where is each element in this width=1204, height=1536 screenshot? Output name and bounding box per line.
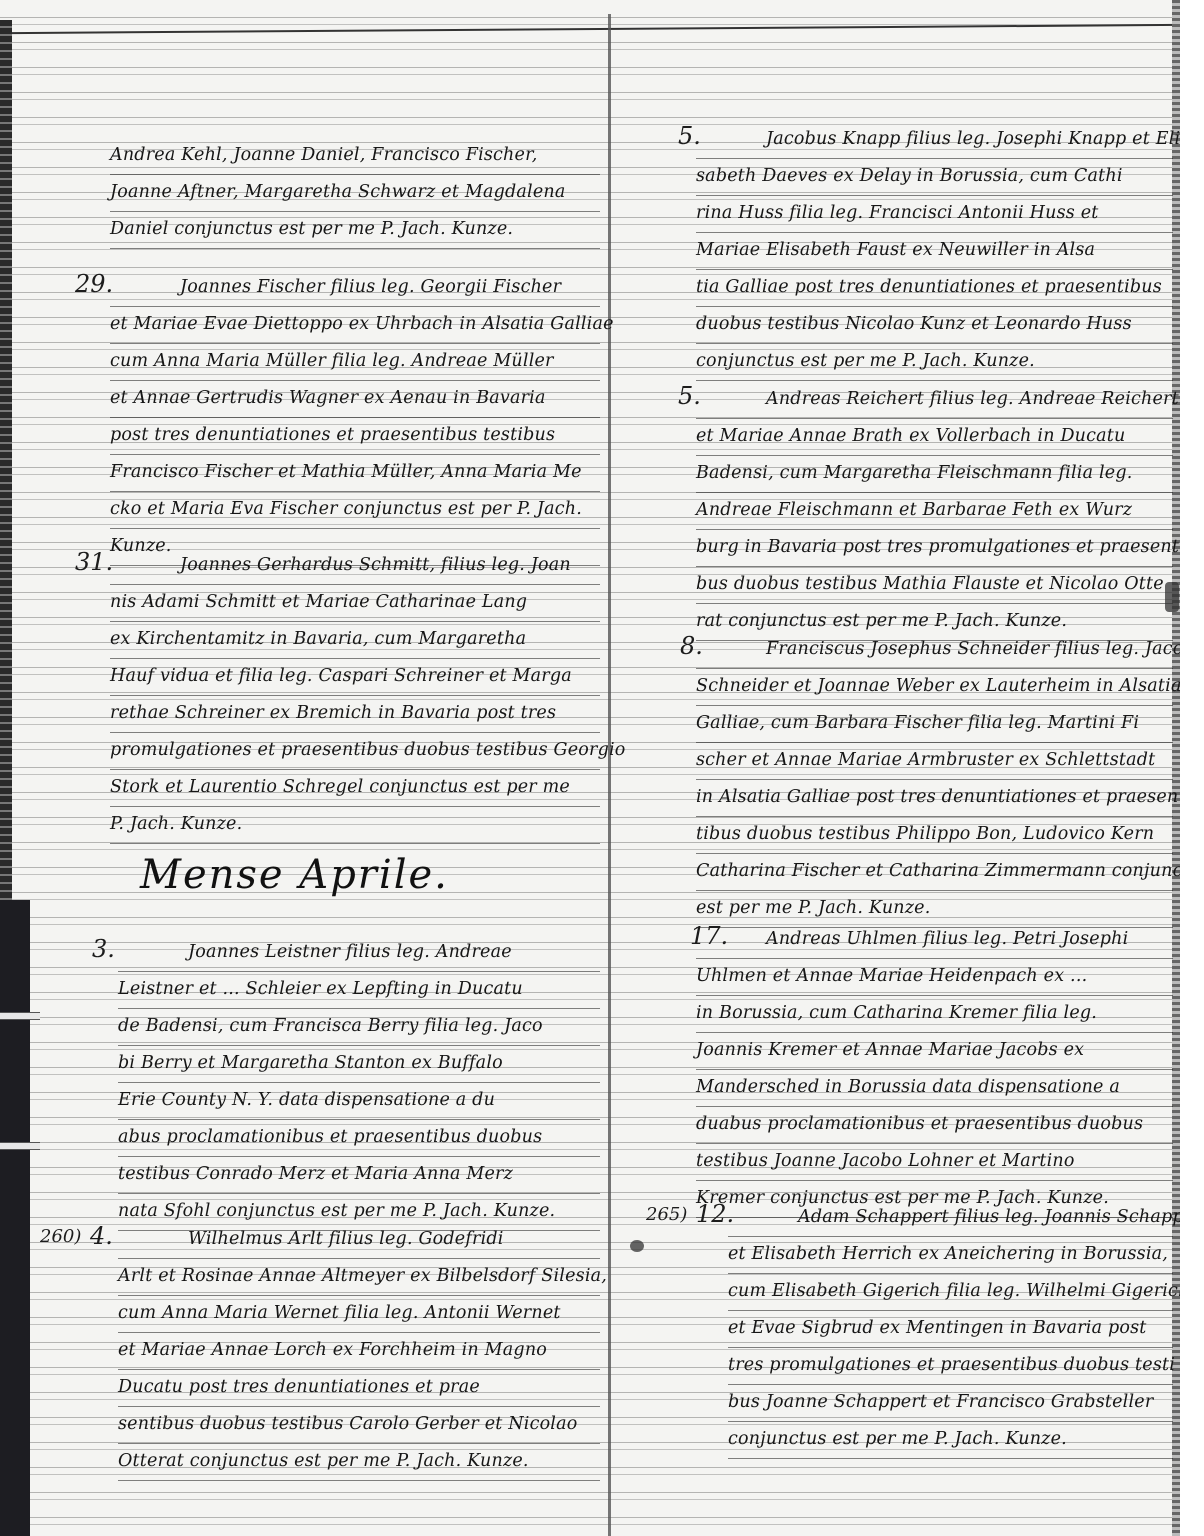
ink-blot — [630, 1240, 644, 1252]
entry-line: cum Anna Maria Wernet filia leg. Antonii… — [118, 1296, 600, 1333]
entry-line: duabus proclamationibus et praesentibus … — [696, 1107, 1173, 1144]
entry-line: Joannis Kremer et Annae Mariae Jacobs ex — [696, 1033, 1173, 1070]
entry-line: Joanne Aftner, Margaretha Schwarz et Mag… — [110, 175, 600, 212]
entry-line: sentibus duobus testibus Carolo Gerber e… — [118, 1407, 600, 1444]
entry-line: conjunctus est per me P. Jach. Kunze. — [696, 344, 1173, 381]
entry-line: abus proclamationibus et praesentibus du… — [118, 1120, 600, 1157]
entry-line: et Annae Gertrudis Wagner ex Aenau in Ba… — [110, 381, 600, 418]
entry-line: Erie County N. Y. data dispensatione a d… — [118, 1083, 600, 1120]
binding-tab — [0, 1012, 40, 1020]
entry-line: Catharina Fischer et Catharina Zimmerman… — [696, 854, 1173, 891]
entry-line: duobus testibus Nicolao Kunz et Leonardo… — [696, 307, 1173, 344]
month-heading: Mense Aprile. — [140, 852, 449, 898]
entry-line: Francisco Fischer et Mathia Müller, Anna… — [110, 455, 600, 492]
entry-line: testibus Joanne Jacobo Lohner et Martino — [696, 1144, 1173, 1181]
entry-line: Leistner et ... Schleier ex Lepfting in … — [118, 972, 600, 1009]
entry-line: tres promulgationes et praesentibus duob… — [728, 1348, 1173, 1385]
ink-blot — [1165, 582, 1179, 612]
binding-tab — [0, 1142, 40, 1150]
entry-line: in Borussia, cum Catharina Kremer filia … — [696, 996, 1173, 1033]
entry-line: rethae Schreiner ex Bremich in Bavaria p… — [110, 696, 600, 733]
entry-line: cum Anna Maria Müller filia leg. Andreae… — [110, 344, 600, 381]
entry-line: Andreas Reichert filius leg. Andreae Rei… — [696, 382, 1173, 419]
entry-line: bi Berry et Margaretha Stanton ex Buffal… — [118, 1046, 600, 1083]
page-right-edge — [1172, 0, 1180, 1536]
entry-line: et Elisabeth Herrich ex Aneichering in B… — [728, 1237, 1173, 1274]
entry-line: Uhlmen et Annae Mariae Heidenpach ex ... — [696, 959, 1173, 996]
column-divider — [608, 14, 611, 1536]
binding-shadow — [0, 900, 30, 1536]
entry-line: post tres denuntiationes et praesentibus… — [110, 418, 600, 455]
entry-line: Wilhelmus Arlt filius leg. Godefridi — [118, 1222, 600, 1259]
entry-line: Galliae, cum Barbara Fischer filia leg. … — [696, 706, 1173, 743]
entry-line: ex Kirchentamitz in Bavaria, cum Margare… — [110, 622, 600, 659]
entry-line: Daniel conjunctus est per me P. Jach. Ku… — [110, 212, 600, 249]
entry-line: cum Elisabeth Gigerich filia leg. Wilhel… — [728, 1274, 1173, 1311]
entry-line: Otterat conjunctus est per me P. Jach. K… — [118, 1444, 600, 1481]
entry-line: promulgationes et praesentibus duobus te… — [110, 733, 600, 770]
entry-line: Franciscus Josephus Schneider filius leg… — [696, 632, 1173, 669]
register-page: Andrea Kehl, Joanne Daniel, Francisco Fi… — [0, 0, 1180, 1536]
entry-number: 4. — [90, 1222, 113, 1250]
entry-number: 31. — [75, 548, 113, 576]
entry-line: Andrea Kehl, Joanne Daniel, Francisco Fi… — [110, 138, 600, 175]
entry-line: et Mariae Annae Brath ex Vollerbach in D… — [696, 419, 1173, 456]
entry-line: scher et Annae Mariae Armbruster ex Schl… — [696, 743, 1173, 780]
entry-line: testibus Conrado Merz et Maria Anna Merz — [118, 1157, 600, 1194]
entry-line: sabeth Daeves ex Delay in Borussia, cum … — [696, 159, 1173, 196]
entry-line: Andreas Uhlmen filius leg. Petri Josephi — [696, 922, 1173, 959]
entry-line: nis Adami Schmitt et Mariae Catharinae L… — [110, 585, 600, 622]
entry-line: Mariae Elisabeth Faust ex Neuwiller in A… — [696, 233, 1173, 270]
entry-line: cko et Maria Eva Fischer conjunctus est … — [110, 492, 600, 529]
entry-line: P. Jach. Kunze. — [110, 807, 600, 844]
entry-line: Arlt et Rosinae Annae Altmeyer ex Bilbel… — [118, 1259, 600, 1296]
margin-reference: 265) — [646, 1204, 687, 1225]
entry-line: bus duobus testibus Mathia Flauste et Ni… — [696, 567, 1173, 604]
entry-line: Schneider et Joannae Weber ex Lauterheim… — [696, 669, 1173, 706]
entry-line: Stork et Laurentio Schregel conjunctus e… — [110, 770, 600, 807]
entry-number: 29. — [75, 270, 113, 298]
entry-line: rina Huss filia leg. Francisci Antonii H… — [696, 196, 1173, 233]
margin-reference: 260) — [40, 1226, 81, 1247]
entry-line: et Mariae Annae Lorch ex Forchheim in Ma… — [118, 1333, 600, 1370]
top-rule — [12, 24, 1180, 34]
entry-line: Mandersched in Borussia data dispensatio… — [696, 1070, 1173, 1107]
entry-line: Andreae Fleischmann et Barbarae Feth ex … — [696, 493, 1173, 530]
entry-line: in Alsatia Galliae post tres denuntiatio… — [696, 780, 1173, 817]
entry-line: burg in Bavaria post tres promulgationes… — [696, 530, 1173, 567]
entry-line: Hauf vidua et filia leg. Caspari Schrein… — [110, 659, 600, 696]
entry-line: Joannes Fischer filius leg. Georgii Fisc… — [110, 270, 600, 307]
entry-line: Joannes Leistner filius leg. Andreae — [118, 935, 600, 972]
entry-line: Joannes Gerhardus Schmitt, filius leg. J… — [110, 548, 600, 585]
entry-line: Jacobus Knapp filius leg. Josephi Knapp … — [696, 122, 1173, 159]
entry-line: tia Galliae post tres denuntiationes et … — [696, 270, 1173, 307]
entry-line: Ducatu post tres denuntiationes et prae — [118, 1370, 600, 1407]
entry-line: bus Joanne Schappert et Francisco Grabst… — [728, 1385, 1173, 1422]
entry-number: 3. — [92, 935, 115, 963]
entry-line: Badensi, cum Margaretha Fleischmann fili… — [696, 456, 1173, 493]
entry-line: conjunctus est per me P. Jach. Kunze. — [728, 1422, 1173, 1459]
entry-line: et Evae Sigbrud ex Mentingen in Bavaria … — [728, 1311, 1173, 1348]
entry-line: et Mariae Evae Diettoppo ex Uhrbach in A… — [110, 307, 600, 344]
entry-line: tibus duobus testibus Philippo Bon, Ludo… — [696, 817, 1173, 854]
entry-line: Adam Schappert filius leg. Joannis Schap… — [728, 1200, 1173, 1237]
entry-line: de Badensi, cum Francisca Berry filia le… — [118, 1009, 600, 1046]
